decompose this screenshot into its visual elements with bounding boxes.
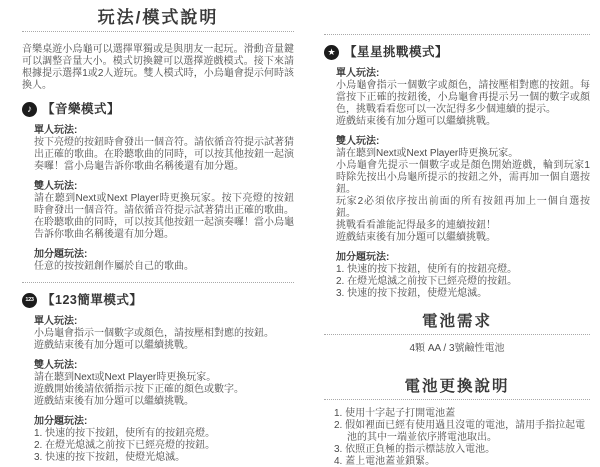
- page-title: 玩法/模式說明: [22, 8, 294, 28]
- solo-play-heading: 單人玩法:: [336, 68, 590, 80]
- star-mode-body: 單人玩法: 小烏龜會指示一個數字或顏色，請按壓相對應的按鈕。每當按下正確的按鈕後…: [336, 68, 590, 300]
- duo-play-heading: 雙人玩法:: [336, 136, 590, 148]
- star-icon: ★: [324, 45, 339, 60]
- simple-mode-title: 【123簡單模式】: [42, 293, 142, 308]
- battery-spec: 4顆 AA / 3號鹼性電池: [324, 343, 590, 355]
- music-note-icon: ♪: [22, 102, 37, 117]
- column-spacer: [324, 8, 590, 31]
- bonus-play-heading: 加分題玩法:: [336, 252, 590, 264]
- duo-play-line: 遊戲結束後有加分題可以繼續挑戰。: [336, 232, 590, 244]
- battery-step: 3. 依照正負極的指示標誌放入電池。: [334, 444, 590, 456]
- battery-step: 2. 假如裡面已經有使用過且沒電的電池，請用手指拉起電池的其中一端並依序將電池取…: [334, 420, 590, 444]
- solo-play-text: 按下亮燈的按鈕時會發出一個音符。請依循音符提示試著猜出正確的歌曲。在聆聽歌曲的同…: [34, 137, 294, 173]
- solo-play-line: 小烏龜會指示一個數字或顏色，請按壓相對應的按鈕。: [34, 328, 294, 340]
- solo-play-line: 遊戲結束後有加分題可以繼續挑戰。: [336, 116, 590, 128]
- bonus-step: 1. 快速的按下按鈕，使所有的按鈕亮燈。: [336, 264, 590, 276]
- battery-step: 4. 蓋上電池蓋並鎖緊。: [334, 456, 590, 467]
- simple-mode-header: 123 【123簡單模式】: [22, 293, 294, 308]
- solo-play-text: 小烏龜會指示一個數字或顏色，請按壓相對應的按鈕。每當按下正確的按鈕後，小烏龜會再…: [336, 80, 590, 116]
- bonus-step: 1. 快速的按下按鈕，使所有的按鈕亮燈。: [34, 428, 294, 440]
- battery-replacement-section: 電池更換說明 1. 使用十字起子打開電池蓋 2. 假如裡面已經有使用過且沒電的電…: [324, 378, 590, 467]
- bonus-step: 3. 快速的按下按鈕，使燈光熄滅。: [34, 452, 294, 464]
- duo-play-line: 玩家2必須依序按出前面的所有按鈕再加上一個自選按鈕。: [336, 196, 590, 220]
- solo-play-heading: 單人玩法:: [34, 316, 294, 328]
- music-mode-header: ♪ 【音樂模式】: [22, 102, 294, 117]
- bonus-step: 3. 快速的按下按鈕，使燈光熄滅。: [336, 288, 590, 300]
- bonus-play-text: 任意的按按鈕創作屬於自己的歌曲。: [34, 261, 294, 273]
- duo-play-line: 遊戲結束後有加分題可以繼續挑戰。: [34, 396, 294, 408]
- left-column: 玩法/模式說明 音樂桌遊小烏龜可以選擇單獨或是與朋友一起玩。滑動音量鍵可以調整音…: [22, 8, 294, 467]
- intro-paragraph: 音樂桌遊小烏龜可以選擇單獨或是與朋友一起玩。滑動音量鍵可以調整音量大小。模式切換…: [22, 44, 294, 92]
- duo-play-line: 請在聽到Next或Next Player時更換玩家。: [34, 372, 294, 384]
- music-mode-title: 【音樂模式】: [42, 102, 120, 117]
- music-mode-body: 單人玩法: 按下亮燈的按鈕時會發出一個音符。請依循音符提示試著猜出正確的歌曲。在…: [34, 125, 294, 273]
- bonus-step: 2. 在燈光熄滅之前按下已經亮燈的按鈕。: [34, 440, 294, 452]
- duo-play-line: 遊戲開始後請依循指示按下正確的顏色或數字。: [34, 384, 294, 396]
- battery-requirement-title: 電池需求: [324, 313, 590, 331]
- manual-page: 玩法/模式說明 音樂桌遊小烏龜可以選擇單獨或是與朋友一起玩。滑動音量鍵可以調整音…: [0, 0, 600, 467]
- solo-play-heading: 單人玩法:: [34, 125, 294, 137]
- duo-play-heading: 雙人玩法:: [34, 360, 294, 372]
- one-two-three-icon: 123: [22, 293, 37, 308]
- dotted-divider: [22, 282, 294, 283]
- star-mode-header: ★ 【星星挑戰模式】: [324, 45, 590, 60]
- bonus-step: 2. 在燈光熄滅之前按下已經亮燈的按鈕。: [336, 276, 590, 288]
- battery-replacement-title: 電池更換說明: [324, 378, 590, 396]
- star-mode-title: 【星星挑戰模式】: [344, 45, 448, 60]
- solo-play-line: 遊戲結束後有加分題可以繼續挑戰。: [34, 340, 294, 352]
- simple-mode-body: 單人玩法: 小烏龜會指示一個數字或顏色，請按壓相對應的按鈕。 遊戲結束後有加分題…: [34, 316, 294, 464]
- right-column: ★ 【星星挑戰模式】 單人玩法: 小烏龜會指示一個數字或顏色，請按壓相對應的按鈕…: [324, 8, 590, 467]
- dotted-divider: [324, 399, 590, 400]
- duo-play-line: 請在聽到Next或Next Player時更換玩家。: [336, 148, 590, 160]
- bonus-play-heading: 加分題玩法:: [34, 249, 294, 261]
- bonus-play-heading: 加分題玩法:: [34, 416, 294, 428]
- dotted-divider: [324, 334, 590, 335]
- duo-play-text: 請在聽到Next或Next Player時更換玩家。按下亮燈的按鈕時會發出一個音…: [34, 193, 294, 241]
- battery-replacement-steps: 1. 使用十字起子打開電池蓋 2. 假如裡面已經有使用過且沒電的電池，請用手指拉…: [334, 408, 590, 467]
- duo-play-heading: 雙人玩法:: [34, 181, 294, 193]
- battery-step: 1. 使用十字起子打開電池蓋: [334, 408, 590, 420]
- battery-requirement-section: 電池需求 4顆 AA / 3號鹼性電池: [324, 313, 590, 355]
- duo-play-line: 挑戰看看誰能記得最多的連續按鈕！: [336, 220, 590, 232]
- dotted-divider: [324, 34, 590, 35]
- duo-play-text: 小烏龜會先提示一個數字或是顏色開始遊戲，輪到玩家1時除先按出小烏龜所提示的按鈕之…: [336, 160, 590, 196]
- dotted-divider: [22, 31, 294, 32]
